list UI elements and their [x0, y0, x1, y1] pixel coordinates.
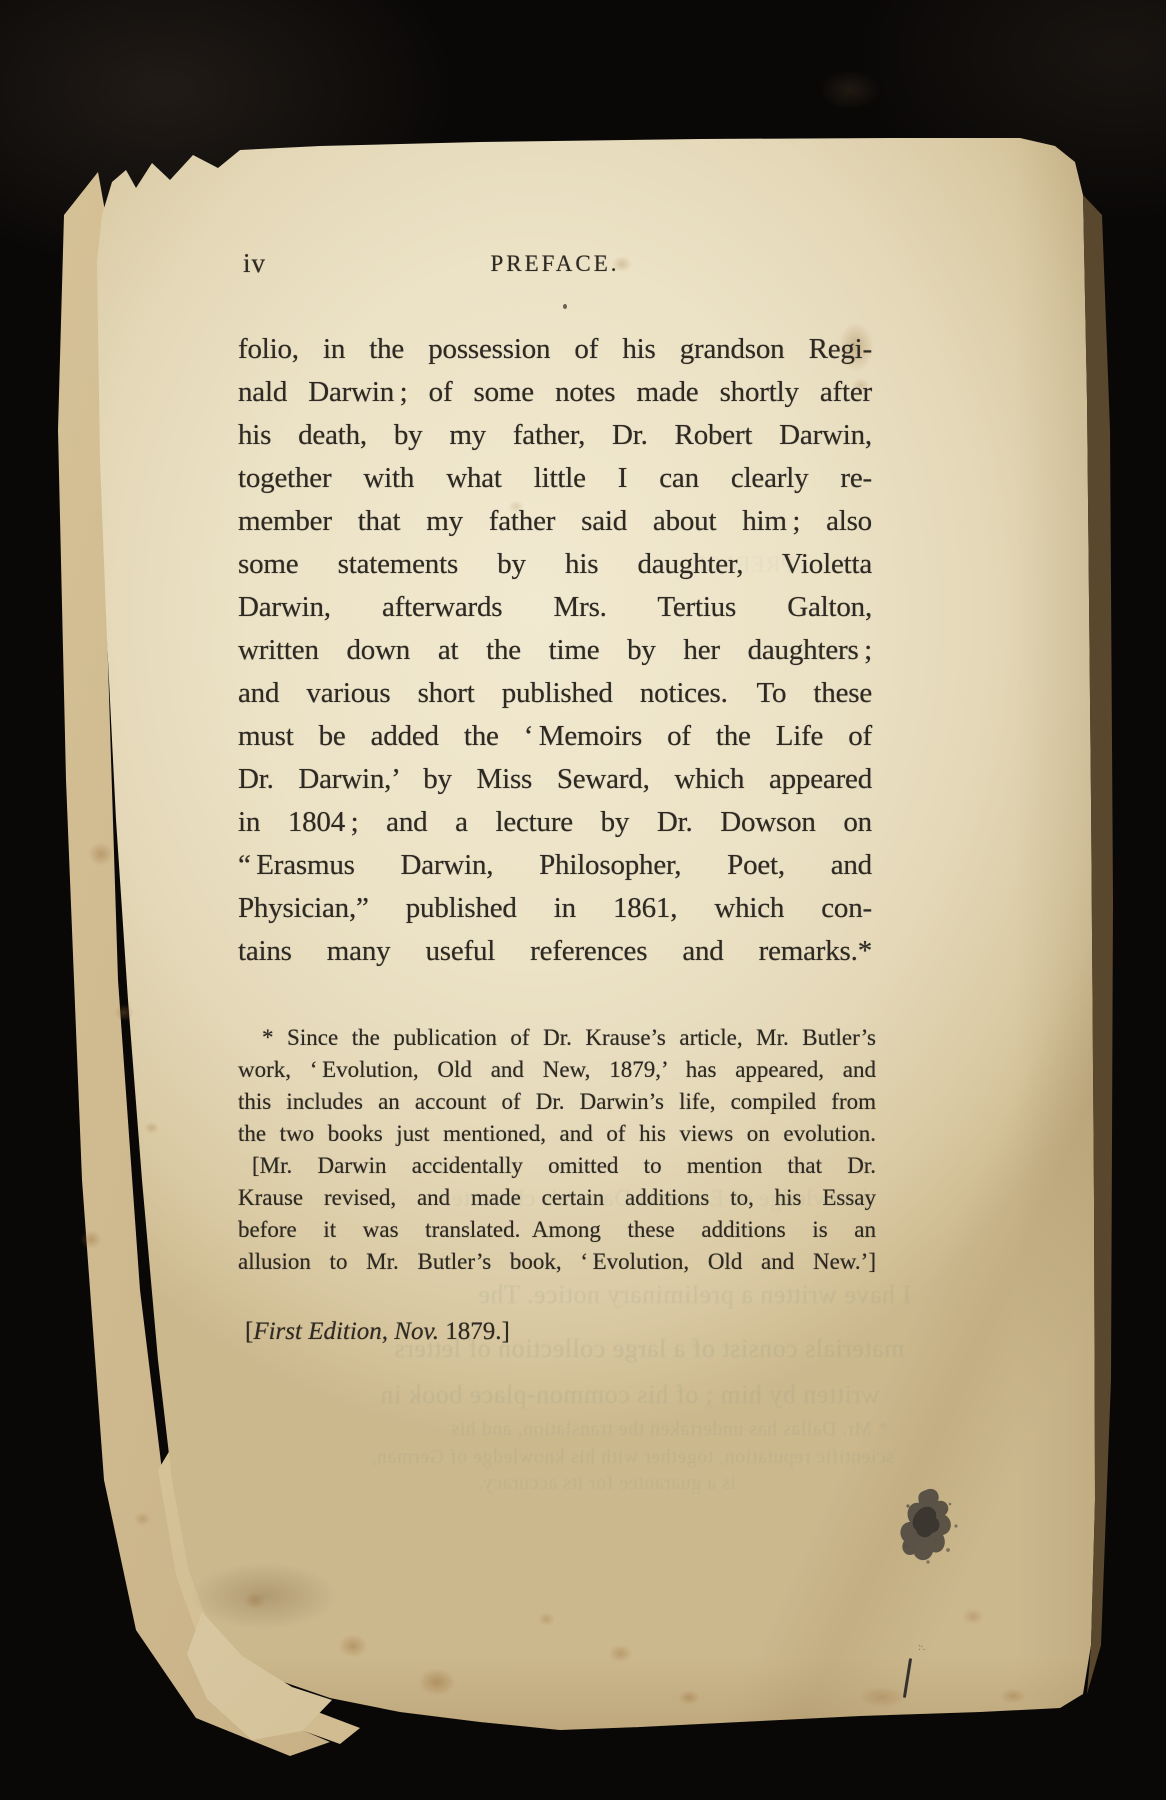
footnote-line: work, ‘ Evolution, Old and New, 1879,’ h… [238, 1054, 876, 1086]
stain [858, 1686, 906, 1708]
stain [244, 1592, 266, 1609]
bleedthrough-line: I have written a preliminary notice. The [478, 1280, 911, 1310]
bleedthrough-line: written by him ; of his common-place boo… [380, 1380, 880, 1410]
footnote-text: * Since the publication of Dr. Krause’s … [238, 1022, 876, 1278]
body-line: together with what little I can clearly … [238, 457, 872, 500]
body-line: tains many useful references and remarks… [238, 930, 872, 973]
stain [820, 70, 880, 110]
bleedthrough-line: scientific reputation, together with his… [371, 1446, 894, 1469]
body-line: member that my father said about him ; a… [238, 500, 872, 543]
stain [538, 1612, 555, 1626]
stain [418, 1668, 456, 1696]
stain [80, 1230, 102, 1249]
print-flaw-dot [563, 304, 567, 309]
body-line: “ Erasmus Darwin, Philosopher, Poet, and [238, 844, 872, 887]
bleedthrough-line: PREFACE. [685, 552, 794, 578]
body-line: must be added the ‘ Memoirs of the Life … [238, 715, 872, 758]
body-line: nald Darwin ; of some notes made shortly… [238, 371, 872, 414]
body-text: folio, in the possession of his grandson… [238, 328, 872, 973]
stain [88, 842, 114, 866]
stain [1000, 1688, 1026, 1704]
body-line: folio, in the possession of his grandson… [238, 328, 872, 371]
bleedthrough-line: knowledge of Erasmus Darwin's character [443, 1186, 868, 1213]
footnote-line: before it was translated. Among these ad… [238, 1214, 876, 1246]
footnote-line: [Mr. Darwin accidentally omitted to ment… [238, 1150, 876, 1182]
footnote-line: allusion to Mr. Butler’s book, ‘ Evoluti… [238, 1246, 876, 1278]
ink-blot [898, 1486, 962, 1568]
bleedthrough-line: is a guarantee for its accuracy. [478, 1472, 736, 1495]
scanned-book-photo: iv PREFACE. folio, in the possession of … [0, 0, 1166, 1800]
footnote-line: * Since the publication of Dr. Krause’s … [238, 1022, 876, 1054]
stain [114, 1004, 134, 1021]
stain [144, 1122, 159, 1134]
body-line: and various short published notices. To … [238, 672, 872, 715]
stain [962, 1608, 984, 1625]
stain [608, 1644, 633, 1663]
body-line: Dr. Darwin,’ by Miss Seward, which appea… [238, 758, 872, 801]
stain [338, 1634, 368, 1658]
stain [678, 1690, 700, 1705]
footnote-line: this includes an account of Dr. Darwin’s… [238, 1086, 876, 1118]
bleedthrough-line: materials consist of a large collection … [394, 1334, 904, 1364]
body-line: Darwin, afterwards Mrs. Tertius Galton, [238, 586, 872, 629]
body-line: in 1804 ; and a lecture by Dr. Dowson on [238, 801, 872, 844]
body-line: Physician,” published in 1861, which con… [238, 887, 872, 930]
page-title: PREFACE. [238, 251, 872, 277]
body-line: written down at the time by her daughter… [238, 629, 872, 672]
bleedthrough-line: * Mr. Dallas has undertaken the translat… [451, 1418, 888, 1441]
body-line: his death, by my father, Dr. Robert Darw… [238, 414, 872, 457]
footnote-line: the two books just mentioned, and of his… [238, 1118, 876, 1150]
pen-scribble-mark: :·. [918, 1644, 932, 1656]
stain [134, 1512, 151, 1526]
